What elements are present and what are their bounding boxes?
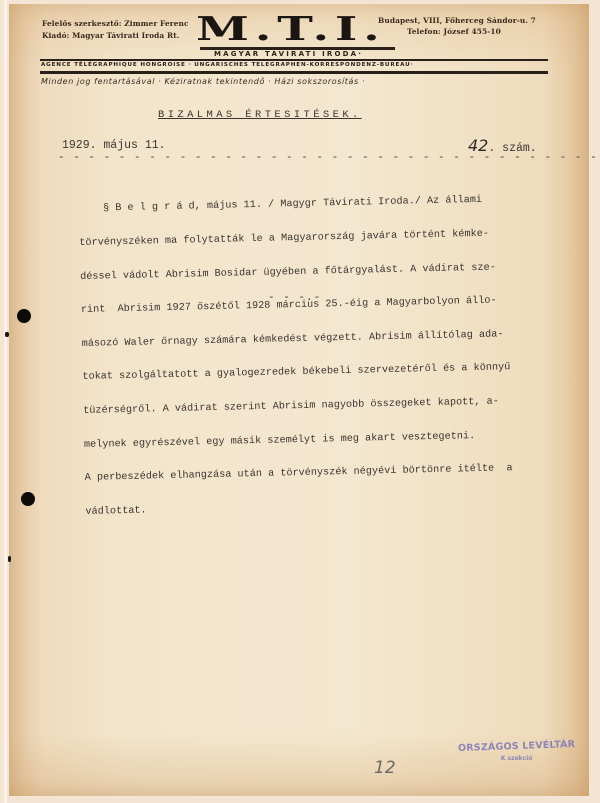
speck-icon: [8, 556, 11, 562]
body-line: melynek egyrészével egy másik személyt i…: [84, 429, 564, 451]
document-date: 1929. május 11.: [62, 139, 166, 152]
news-body: § B e l g r á d, május 11. / Magygr Távi…: [78, 171, 566, 529]
phone-line: Telefon: József 455-10: [407, 27, 501, 36]
end-mark: - - -.-: [268, 292, 321, 304]
stamp-subtitle: K szekció: [458, 755, 575, 762]
punch-hole-icon: [21, 492, 35, 506]
band-rule-top: [40, 59, 548, 61]
stamp-title: ORSZÁGOS LEVÉLTÁR: [458, 739, 576, 754]
band-subtitle: AGENCE TÉLÉGRAPHIQUE HONGROISE · UNGARIS…: [41, 62, 414, 68]
address-line: Budapest, VIII, Főherceg Sándor-u. 7: [378, 16, 536, 25]
scan-edge: [4, 0, 7, 803]
body-line: másozó Waler őrnagy számára kémkedést vé…: [82, 328, 562, 350]
band-rule-bottom: [40, 71, 548, 74]
punch-hole-icon: [17, 309, 31, 323]
speck-icon: [5, 332, 9, 337]
band-title: MAGYAR TÁVIRATI IRODA·: [214, 50, 363, 58]
body-line: tüzérségről. A vádirat szerint Abrisim n…: [83, 395, 563, 417]
body-line: déssel vádolt Abrisim Bosidar ügyében a …: [80, 261, 560, 283]
document-heading: BIZALMAS ÉRTESITÉSEK.: [158, 109, 362, 121]
publisher-line: Kiadó: Magyar Távirati Iroda Rt.: [42, 31, 179, 40]
separator-line: - - - - - - - - - - - - - - - - - - - - …: [58, 152, 598, 164]
motto: Minden jog fentartásával · Kéziratnak te…: [41, 77, 365, 86]
pencil-page-number: 12: [374, 758, 396, 778]
editor-line: Felelős szerkesztő: Zimmer Ferenc: [42, 19, 189, 28]
body-line: § B e l g r á d, május 11. / Magygr Távi…: [79, 194, 559, 216]
body-line: vádlottat.: [85, 496, 565, 518]
body-line: A perbeszédek elhangzása után a törvénys…: [85, 462, 565, 484]
body-line: tokat szolgáltatott a gyalogezredek béke…: [82, 362, 562, 384]
mti-logo: M.T.I.: [196, 14, 386, 44]
archive-stamp: ORSZÁGOS LEVÉLTÁR K szekció: [458, 741, 575, 762]
body-line: törvényszéken ma folytatták le a Magyaro…: [79, 227, 559, 249]
